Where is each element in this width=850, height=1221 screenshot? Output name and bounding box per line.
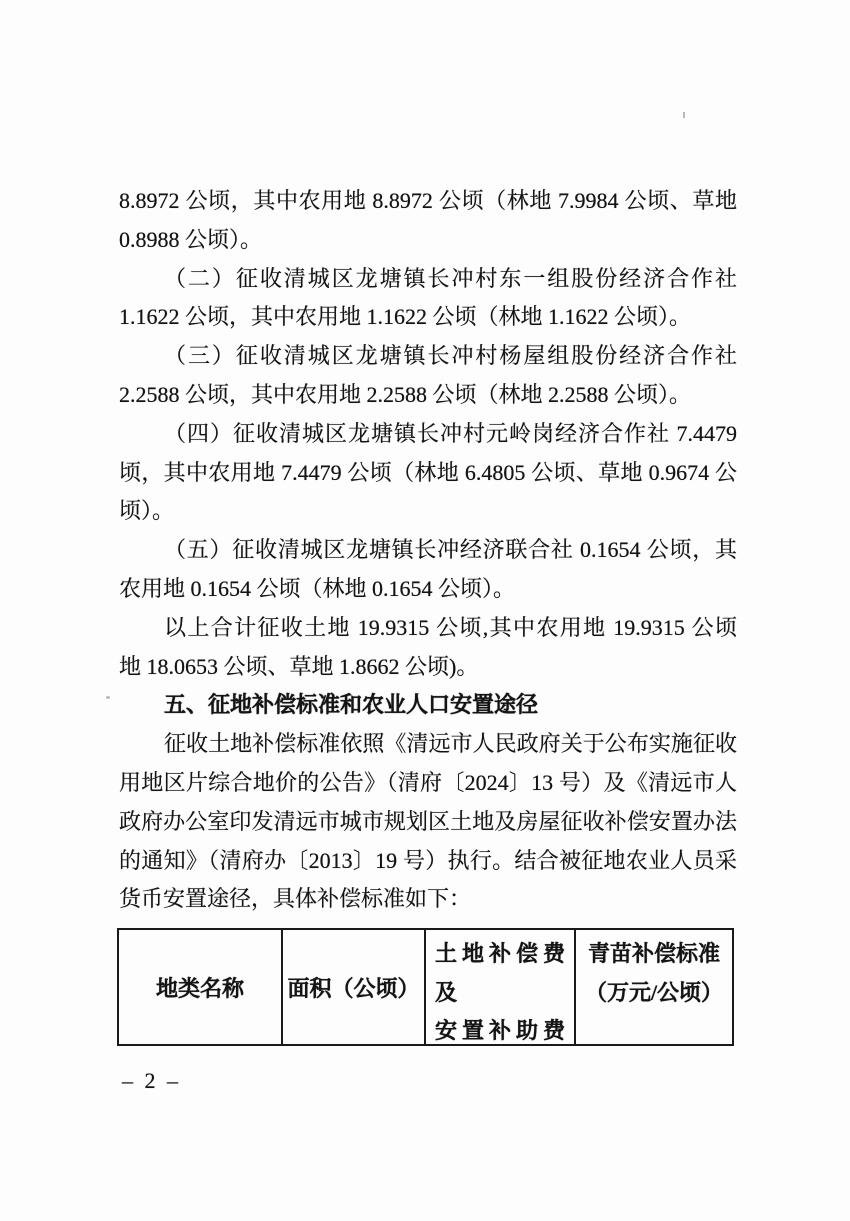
text-line: 用地区片综合地价的公告》（清府〔2024〕13 号）及《清远市人民: [119, 764, 737, 803]
document-page: 8.8972 公顷，其中农用地 8.8972 公顷（林地 7.9984 公顷、草…: [0, 0, 850, 1221]
body-text: 8.8972 公顷，其中农用地 8.8972 公顷（林地 7.9984 公顷、草…: [119, 182, 737, 919]
table-header-text: （万元/公顷）: [576, 974, 732, 1013]
col-header-land-type: 地类名称: [119, 930, 281, 1044]
text-line: 顷，其中农用地 7.4479 公顷（林地 6.4805 公顷、草地 0.9674…: [119, 454, 737, 493]
text-line: （五）征收清城区龙塘镇长冲经济联合社 0.1654 公顷，其中: [119, 531, 737, 570]
page-number: – 2 –: [122, 1066, 181, 1096]
text-line: 1.1622 公顷，其中农用地 1.1622 公顷（林地 1.1622 公顷）。: [119, 298, 737, 337]
text-line: 地 18.0653 公顷、草地 1.8662 公顷)。: [119, 648, 737, 687]
text-line: 0.8988 公顷）。: [119, 221, 737, 260]
col-header-seedling-compensation: 青苗补偿标准 （万元/公顷）: [574, 930, 732, 1044]
text-line: 货币安置途径，具体补偿标准如下：: [119, 880, 737, 919]
text-line: 政府办公室印发清远市城市规划区土地及房屋征收补偿安置办法: [119, 803, 737, 842]
scan-speck: [106, 696, 110, 699]
scan-speck: [683, 112, 685, 118]
table-header-text: 地类名称: [156, 972, 244, 1003]
table-header-text: 安置补助费标: [435, 1012, 565, 1044]
section-heading: 五、征地补偿标准和农业人口安置途径: [119, 686, 737, 725]
table-header-text: 面积（公顷）: [287, 972, 419, 1003]
text-line: （三）征收清城区龙塘镇长冲村杨屋组股份经济合作社: [119, 337, 737, 376]
text-line: 2.2588 公顷，其中农用地 2.2588 公顷（林地 2.2588 公顷）。: [119, 376, 737, 415]
text-line: 农用地 0.1654 公顷（林地 0.1654 公顷）。: [119, 570, 737, 609]
text-line: 顷）。: [119, 492, 737, 531]
text-line: （四）征收清城区龙塘镇长冲村元岭岗经济合作社 7.4479 公: [119, 415, 737, 454]
text-line: 以上合计征收土地 19.9315 公顷,其中农用地 19.9315 公顷(林: [119, 609, 737, 648]
col-header-area: 面积（公顷）: [281, 930, 424, 1044]
text-line: （二）征收清城区龙塘镇长冲村东一组股份经济合作社: [119, 260, 737, 299]
compensation-table: 地类名称 面积（公顷） 土地补偿费及 安置补助费标 准(万元/公顷) 青苗补偿标…: [117, 928, 734, 1046]
text-line: 的通知》（清府办〔2013〕19 号）执行。结合被征地农业人员采取: [119, 842, 737, 881]
table-header-text: 土地补偿费及: [435, 935, 565, 1012]
table-header-text: 青苗补偿标准: [576, 935, 732, 974]
text-line: 8.8972 公顷，其中农用地 8.8972 公顷（林地 7.9984 公顷、草…: [119, 182, 737, 221]
col-header-land-compensation: 土地补偿费及 安置补助费标 准(万元/公顷): [424, 930, 574, 1044]
text-line: 征收土地补偿标准依照《清远市人民政府关于公布实施征收农: [119, 725, 737, 764]
